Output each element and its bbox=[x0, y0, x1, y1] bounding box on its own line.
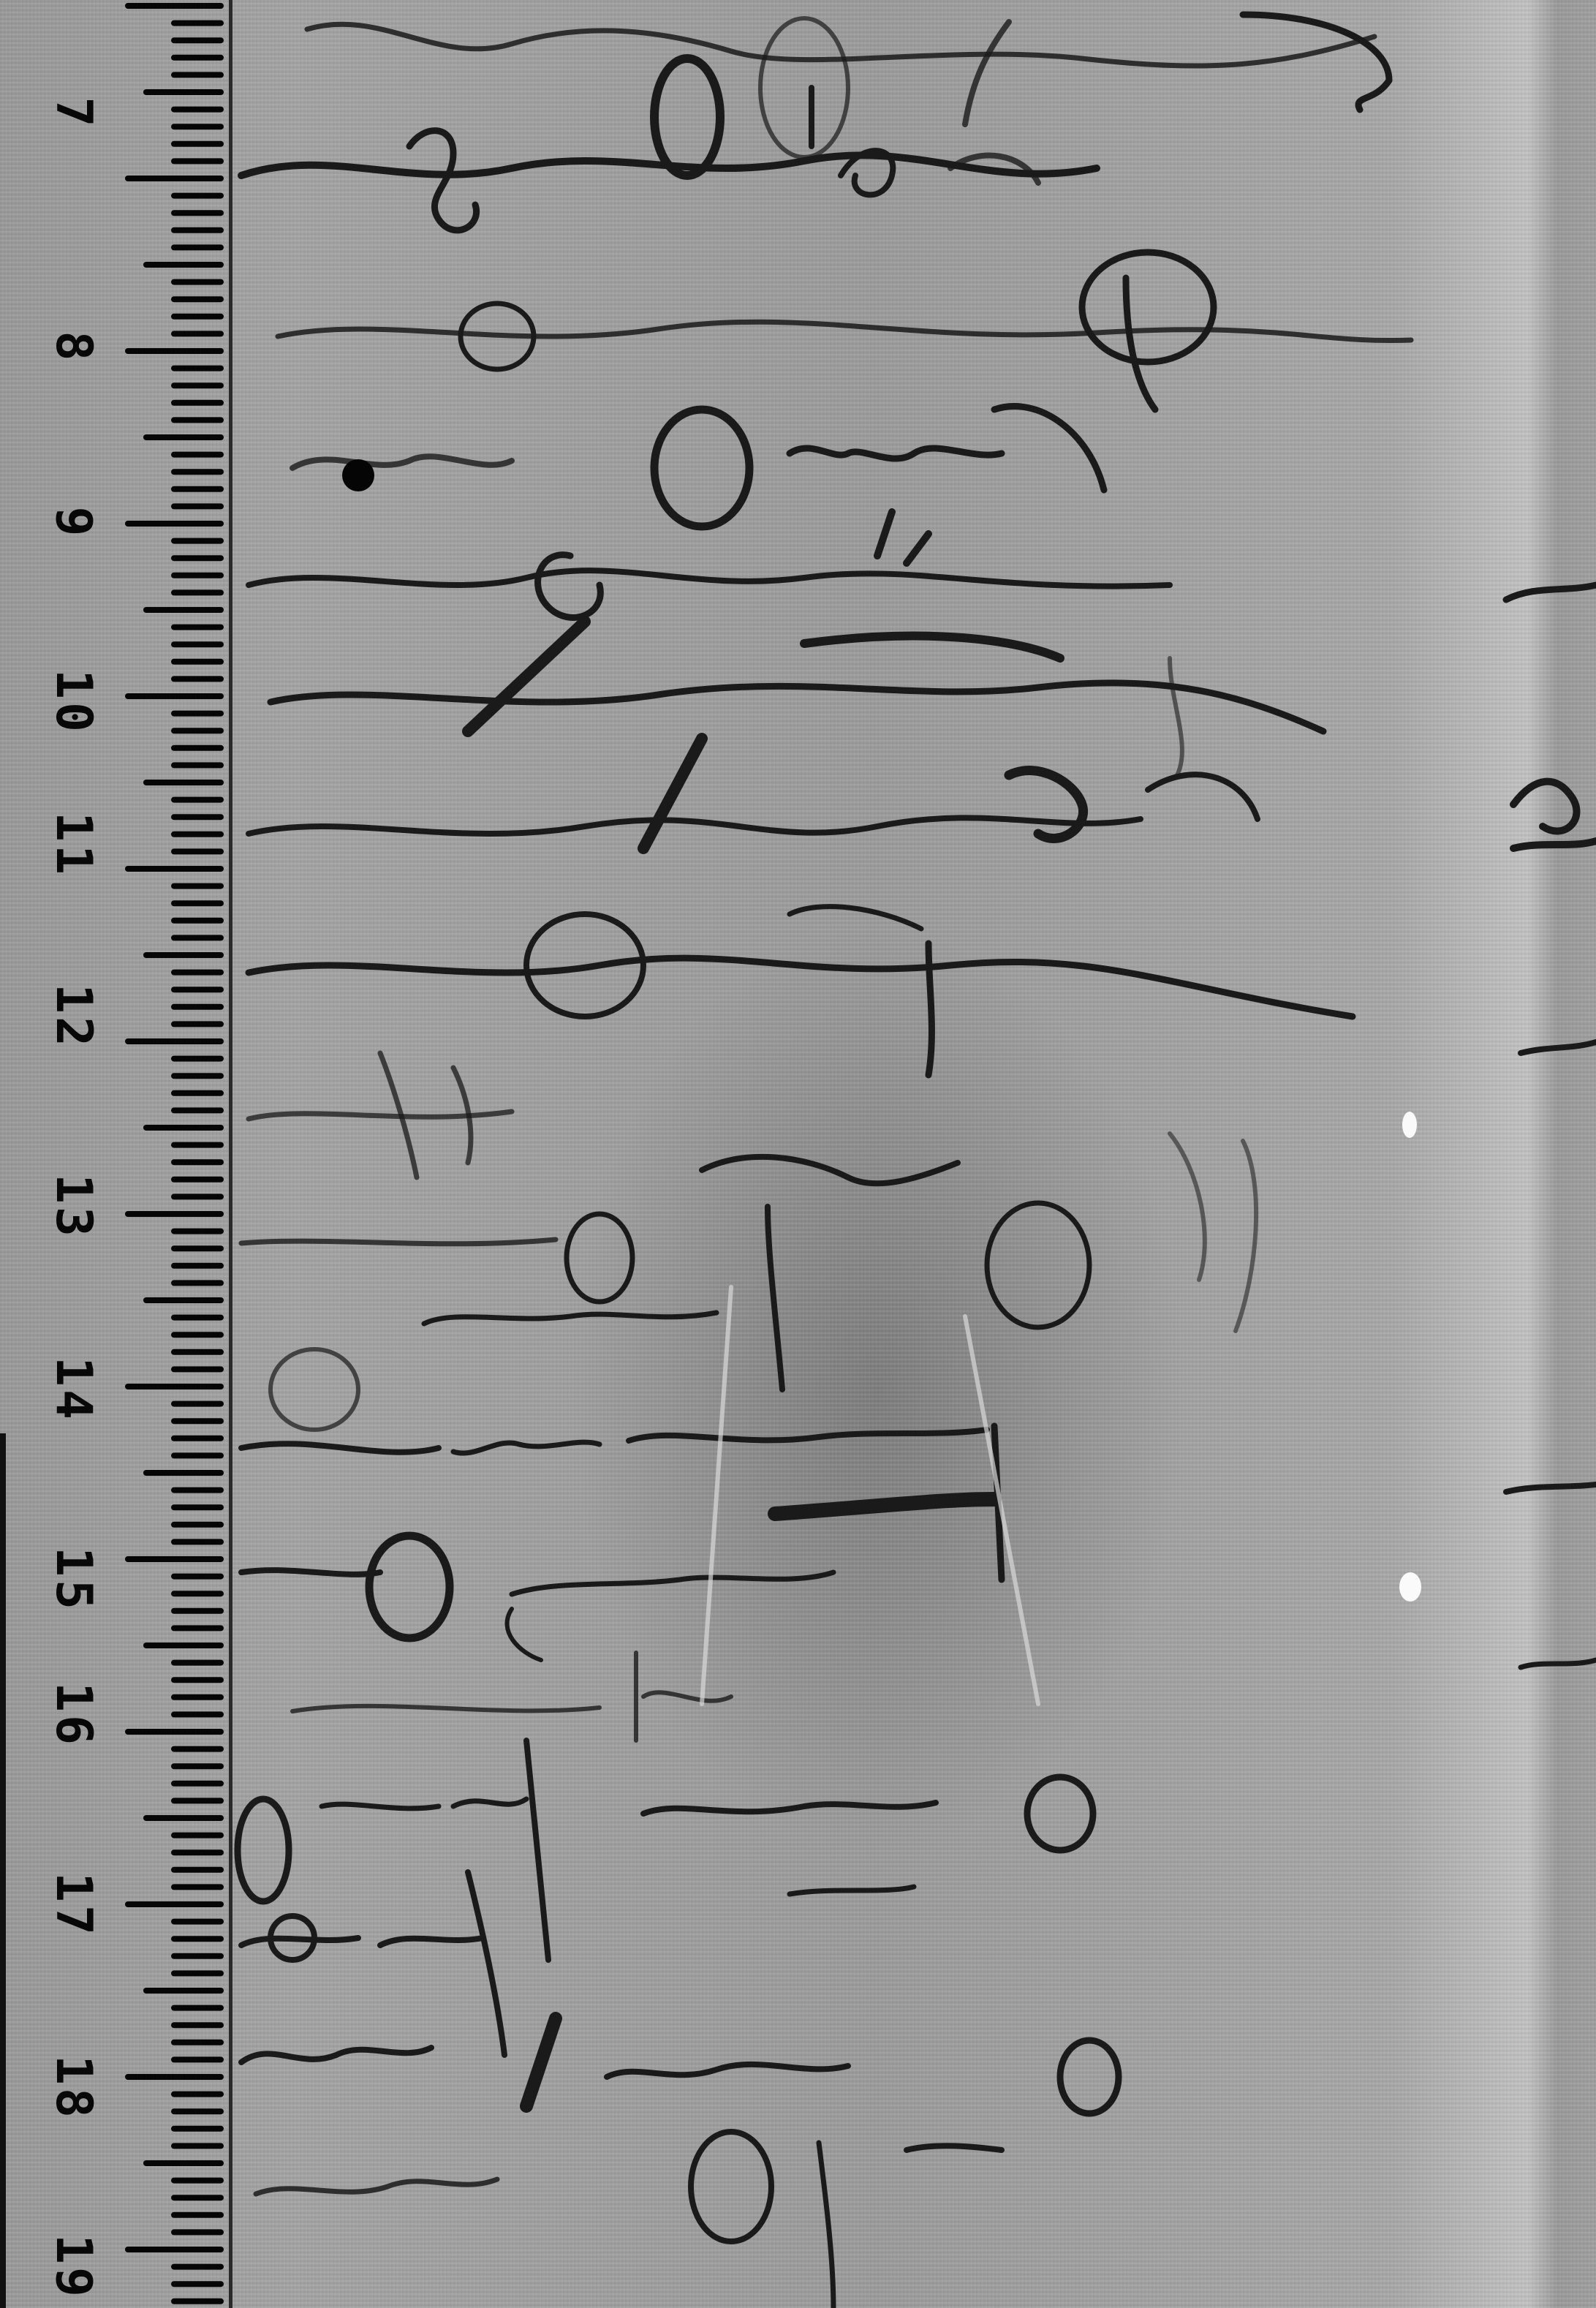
ruler-label-15: 15 bbox=[51, 1536, 95, 1623]
ruler-label-9: 9 bbox=[51, 479, 95, 567]
paper-hole bbox=[1402, 1112, 1417, 1138]
ruler-label-12: 12 bbox=[51, 973, 95, 1060]
ruler-label-11: 11 bbox=[51, 801, 95, 889]
ruler-ticks bbox=[0, 0, 232, 2308]
ruler-label-16: 16 bbox=[51, 1671, 95, 1759]
paper-hole bbox=[1399, 1572, 1421, 1602]
ruler-label-18: 18 bbox=[51, 2044, 95, 2132]
ruler-label-7: 7 bbox=[51, 69, 95, 157]
measuring-ruler: 7 8 9 10 11 12 13 14 15 16 17 18 19 bbox=[0, 0, 232, 2308]
handwriting-strokes bbox=[0, 0, 1596, 2308]
ruler-label-17: 17 bbox=[51, 1861, 95, 1949]
ruler-label-8: 8 bbox=[51, 303, 95, 391]
ruler-label-10: 10 bbox=[51, 658, 95, 746]
manuscript-page: 7 8 9 10 11 12 13 14 15 16 17 18 19 bbox=[0, 0, 1596, 2308]
ruler-label-19: 19 bbox=[51, 2223, 95, 2308]
ruler-label-13: 13 bbox=[51, 1163, 95, 1251]
ruler-edge bbox=[229, 0, 232, 2308]
ruler-label-14: 14 bbox=[51, 1346, 95, 1433]
